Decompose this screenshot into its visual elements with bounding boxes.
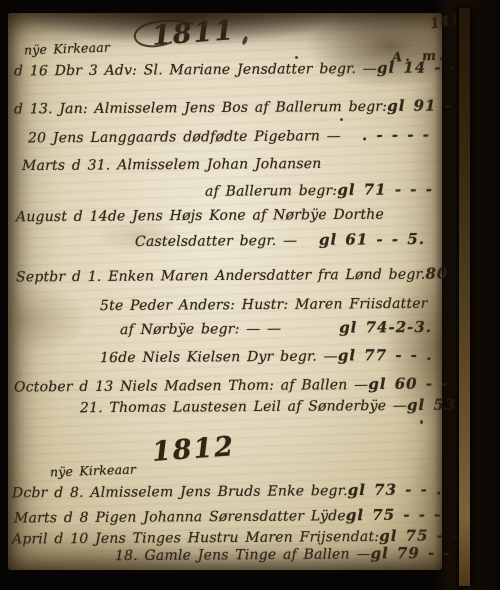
entry-text: af Ballerum begr: — [205, 183, 337, 200]
register-line: August d 14de Jens Højs Kone af Nørbÿe D… — [16, 207, 366, 225]
entry-text: d 13. Jan: Almisselem Jens Bos af Baller… — [14, 99, 387, 118]
register-line: 5te Peder Anders: Hustr: Maren Friisdatt… — [100, 296, 410, 314]
register-line: af Nørbÿe begr: — — gl 74-2-3. — [120, 318, 432, 338]
ink-blot — [420, 420, 423, 424]
entry-text: Dcbr d 8. Almisselem Jens Bruds Enke beg… — [12, 483, 348, 501]
entry-text: d 16 Dbr 3 Adv: Sl. Mariane Jensdatter b… — [14, 61, 377, 80]
register-line: 21. Thomas Laustesen Leil af Sønderbÿe —… — [80, 396, 432, 416]
entry-text: August d 14de Jens Højs Kone af Nørbÿe D… — [16, 207, 384, 226]
register-line: Marts d 31. Almisselem Johan Johansen — [22, 156, 322, 174]
entry-text: Castelsdatter begr. — — [135, 233, 297, 250]
entry-age: . - - - - — [362, 126, 430, 144]
register-line: Castelsdatter begr. — gl 61 - - 5. — [135, 230, 425, 250]
manuscript-scan: 1811 141 nÿe Kirkeaar A. m. D. d 16 Dbr … — [0, 0, 500, 590]
register-line: d 13. Jan: Almisselem Jens Bos af Baller… — [14, 97, 430, 118]
ink-blot — [295, 56, 298, 59]
register-line: October d 13 Niels Madsen Thom: af Balle… — [14, 375, 432, 396]
entry-text: 16de Niels Kielsen Dyr begr. — — [100, 348, 338, 366]
register-line: Septbr d 1. Enken Maren Andersdatter fra… — [16, 265, 430, 286]
entry-text: Septbr d 1. Enken Maren Andersdatter fra… — [16, 267, 426, 286]
entry-age: gl 77 - - . — [338, 346, 433, 365]
entry-text: 20 Jens Langgaards dødfødte Pigebarn — — [28, 128, 341, 146]
entry-text: af Nørbÿe begr: — — — [120, 321, 281, 338]
ink-blot — [340, 118, 343, 121]
entry-age: gl 74-2-3. — [339, 318, 432, 337]
church-year-note-1811: nÿe Kirkeaar — [24, 40, 111, 58]
entry-age: gl 73 - - . — [348, 480, 443, 499]
entry-age: gl 75 - - - — [346, 505, 442, 524]
entry-text: Marts d 31. Almisselem Johan Johansen — [22, 156, 322, 174]
entry-text: 5te Peder Anders: Hustr: Maren Friisdatt… — [100, 296, 428, 314]
entry-text: 21. Thomas Laustesen Leil af Sønderbÿe — — [80, 398, 407, 416]
year-heading-1812: 1812 — [151, 431, 236, 468]
entry-age: gl 71 - - - — [337, 180, 433, 199]
register-line: af Ballerum begr: gl 71 - - - — [205, 180, 430, 200]
entry-text: October d 13 Niels Madsen Thom: af Balle… — [14, 377, 368, 395]
entry-age: gl 61 - - 5. — [319, 230, 425, 249]
register-line: Dcbr d 8. Almisselem Jens Bruds Enke beg… — [12, 481, 407, 502]
church-year-note-1812: nÿe Kirkeaar — [50, 462, 137, 480]
year-heading-1811: 1811 — [151, 15, 236, 52]
register-line: Marts d 8 Pigen Johanna Sørensdatter Lÿd… — [14, 506, 434, 527]
register-line: 16de Niels Kielsen Dyr begr. — gl 77 - -… — [100, 346, 430, 366]
entry-text: 18. Gamle Jens Tinge af Ballen — — [115, 546, 371, 564]
register-line: 20 Jens Langgaards dødfødte Pigebarn — .… — [28, 126, 430, 147]
entry-text: Marts d 8 Pigen Johanna Sørensdatter Lÿd… — [14, 508, 346, 526]
register-line: d 16 Dbr 3 Adv: Sl. Mariane Jensdatter b… — [14, 59, 414, 80]
next-page-edge — [459, 8, 470, 586]
register-line: 18. Gamle Jens Tinge af Ballen — gl 79 -… — [115, 544, 435, 564]
